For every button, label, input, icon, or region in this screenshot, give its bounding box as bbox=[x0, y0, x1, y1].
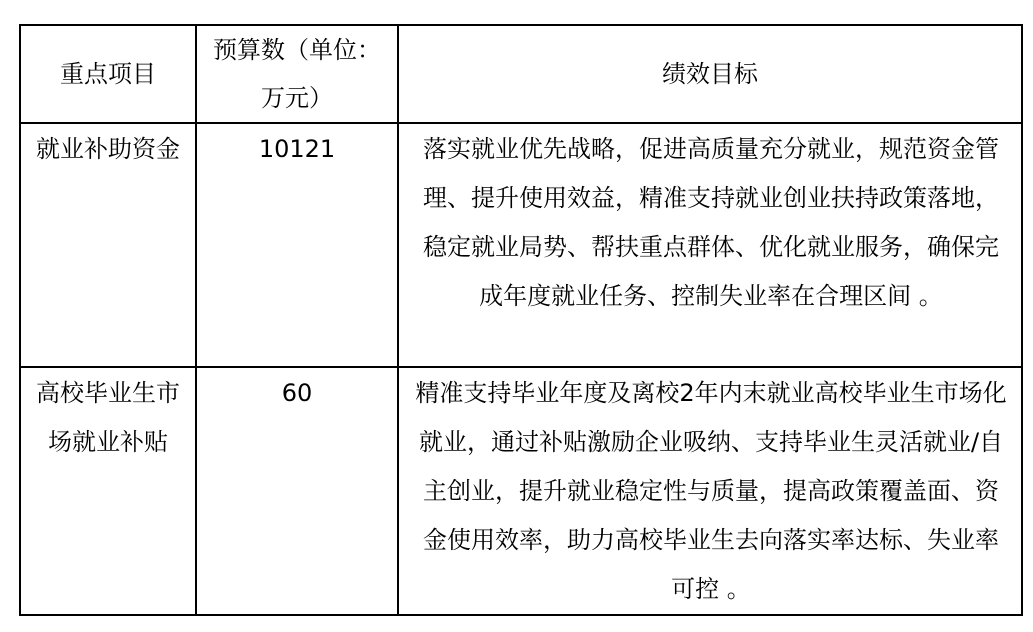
project-name: 高校毕业生市场就业补贴 bbox=[21, 369, 195, 467]
budget-value: 60 bbox=[197, 369, 397, 418]
cell-project: 就业补助资金 bbox=[20, 123, 196, 367]
header-budget-label: 预算数（单位：万元） bbox=[197, 26, 397, 122]
cell-goal: 落实就业优先战略，促进高质量充分就业，规范资金管理、提升使用效益，精准支持就业创… bbox=[398, 123, 1022, 367]
header-budget: 预算数（单位：万元） bbox=[196, 25, 398, 123]
header-project: 重点项目 bbox=[20, 25, 196, 123]
cell-budget: 10121 bbox=[196, 123, 398, 367]
performance-goals-table: 重点项目 预算数（单位：万元） 绩效目标 就业补助资金 10121 落实就业优先… bbox=[19, 24, 1023, 616]
table-header-row: 重点项目 预算数（单位：万元） 绩效目标 bbox=[20, 25, 1022, 123]
cell-budget: 60 bbox=[196, 367, 398, 615]
project-name: 就业补助资金 bbox=[21, 125, 195, 174]
budget-value: 10121 bbox=[197, 125, 397, 174]
table-row: 高校毕业生市场就业补贴 60 精准支持毕业年度及离校2年内末就业高校毕业生市场化… bbox=[20, 367, 1022, 615]
header-project-label: 重点项目 bbox=[21, 50, 195, 99]
goal-text: 精准支持毕业年度及离校2年内末就业高校毕业生市场化就业，通过补贴激励企业吸纳、支… bbox=[399, 369, 1021, 614]
cell-goal: 精准支持毕业年度及离校2年内末就业高校毕业生市场化就业，通过补贴激励企业吸纳、支… bbox=[398, 367, 1022, 615]
header-goal-label: 绩效目标 bbox=[399, 50, 1021, 99]
goal-text: 落实就业优先战略，促进高质量充分就业，规范资金管理、提升使用效益，精准支持就业创… bbox=[399, 125, 1021, 321]
cell-project: 高校毕业生市场就业补贴 bbox=[20, 367, 196, 615]
header-goal: 绩效目标 bbox=[398, 25, 1022, 123]
table-row: 就业补助资金 10121 落实就业优先战略，促进高质量充分就业，规范资金管理、提… bbox=[20, 123, 1022, 367]
